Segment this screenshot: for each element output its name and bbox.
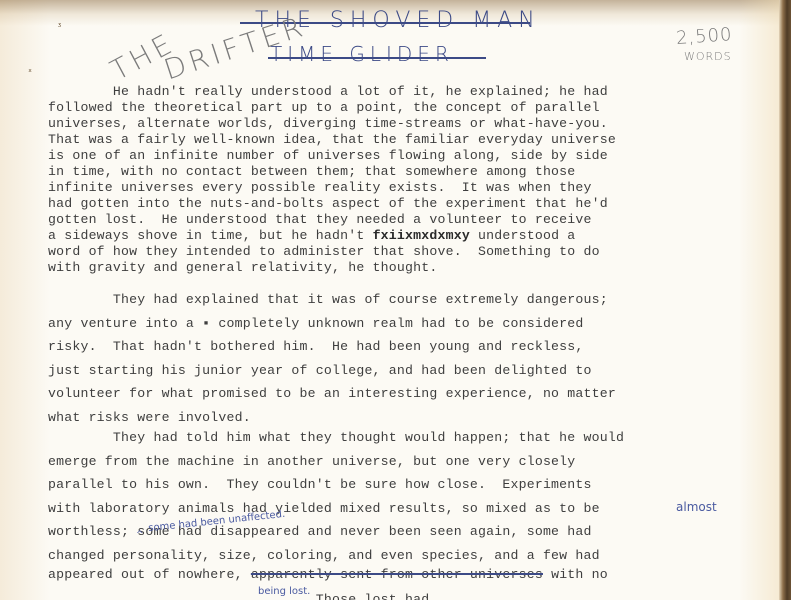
paper-speck: ˣ — [28, 68, 32, 78]
typed-line: emerge from the machine in another unive… — [48, 454, 575, 469]
typed-line: He hadn't really understood a lot of it,… — [48, 84, 608, 99]
margin-note-almost: almost — [676, 500, 717, 514]
typed-line: with gravity and general relativity, he … — [48, 260, 437, 275]
typed-line: gotten lost. He understood that they nee… — [48, 212, 592, 227]
typed-line: They had told him what they thought woul… — [48, 430, 624, 445]
typed-line: changed personality, size, coloring, and… — [48, 548, 600, 563]
typed-x-out: fxiixmxdxmxy — [373, 228, 470, 243]
typed-line: That was a fairly well-known idea, that … — [48, 132, 616, 147]
typed-line: infinite universes every possible realit… — [48, 180, 592, 195]
typed-line: word of how they intended to administer … — [48, 244, 600, 259]
word-count-label: WORDS — [684, 50, 732, 63]
typed-line: what risks were involved. — [48, 410, 251, 425]
typed-line: risky. That hadn't bothered him. He had … — [48, 339, 584, 354]
typed-line: a sideways shove in time, but he hadn't … — [48, 228, 575, 243]
struck-title-2: TIME GLIDER — [270, 42, 454, 66]
typewritten-page: ᶾ ˣ THE SHOVED MAN TIME GLIDER THE DRIFT… — [0, 0, 791, 600]
struck-phrase: apparently sent from other universes — [251, 567, 543, 582]
word-count: 2,500 — [675, 24, 733, 49]
caret-mark: ^ — [136, 530, 144, 540]
page-binding-edge — [779, 0, 791, 600]
typed-line: followed the theoretical part up to a po… — [48, 100, 600, 115]
typed-line: universes, alternate worlds, diverging t… — [48, 116, 608, 131]
typed-line: appeared out of nowhere, apparently sent… — [48, 567, 608, 582]
typed-line: worthless; some had disappeared and neve… — [48, 524, 592, 539]
typed-line: is one of an infinite number of universe… — [48, 148, 608, 163]
paper-speck: ᶾ — [58, 22, 62, 32]
typed-line: volunteer for what promised to be an int… — [48, 386, 616, 401]
typed-line: in time, with no contact between them; t… — [48, 164, 575, 179]
typed-line: just starting his junior year of college… — [48, 363, 592, 378]
typed-line-partial: . Those lost had… — [48, 592, 437, 600]
new-title-drifter: DRIFTER — [160, 10, 310, 87]
typed-line: with laboratory animals had yielded mixe… — [48, 501, 600, 516]
typed-line: They had explained that it was of course… — [48, 292, 608, 307]
typed-line: parallel to his own. They couldn't be su… — [48, 477, 592, 492]
page-edge-shade — [739, 0, 779, 600]
strike-line — [268, 57, 486, 59]
insert-note-being-lost: being lost. — [258, 586, 310, 597]
typed-line: any venture into a ▪ completely unknown … — [48, 316, 584, 331]
typed-line: had gotten into the nuts-and-bolts aspec… — [48, 196, 608, 211]
